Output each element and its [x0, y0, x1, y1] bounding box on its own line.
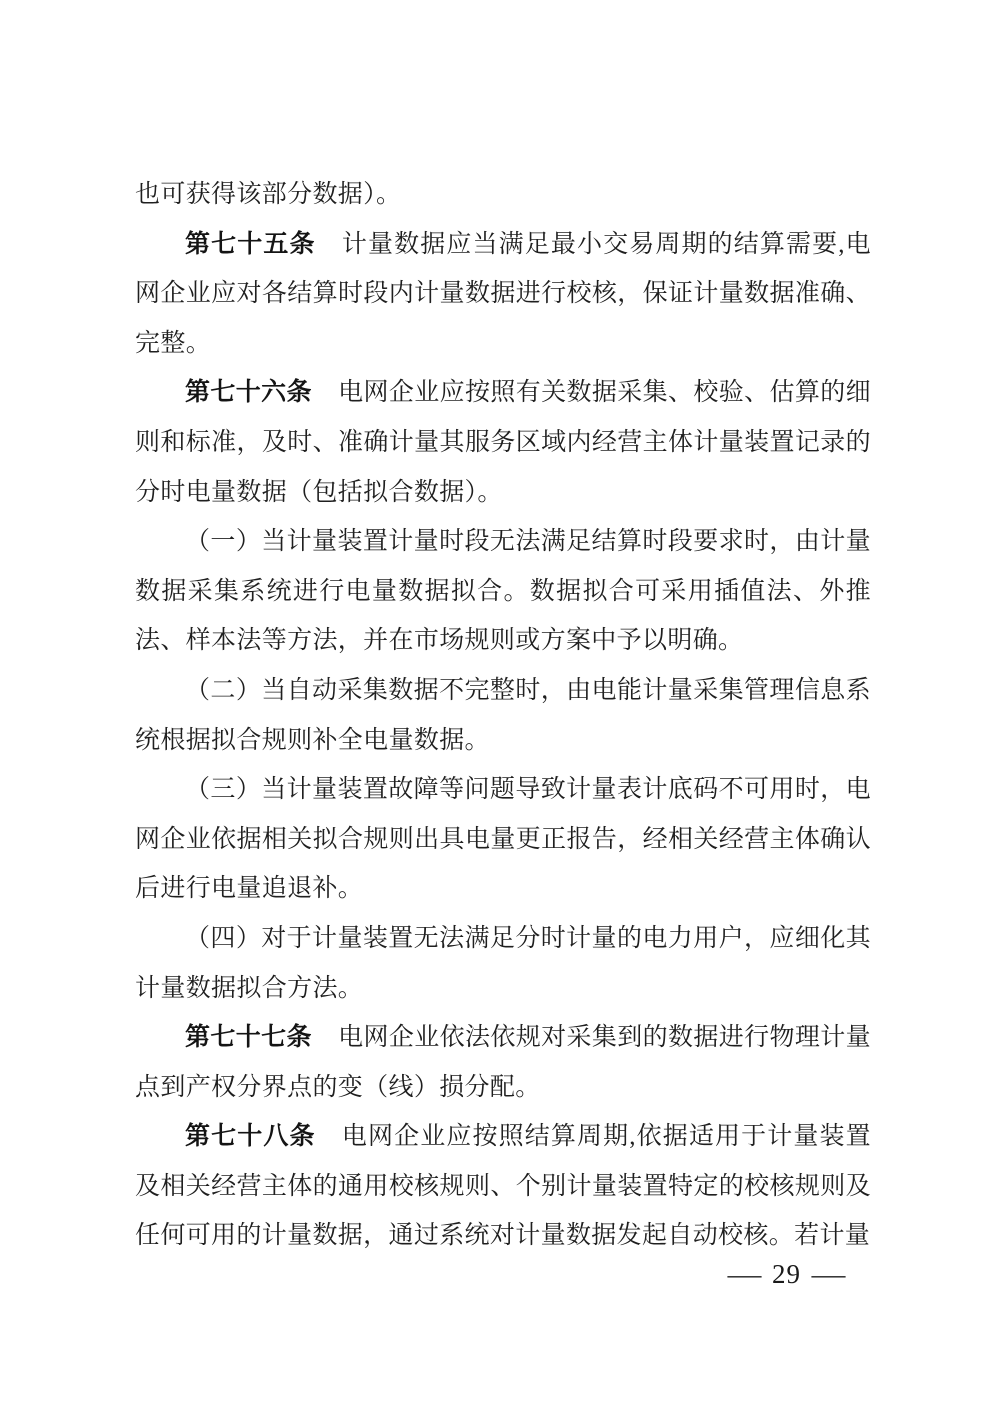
paragraph-article-75: 第七十五条计量数据应当满足最小交易周期的结算需要,电网企业应对各结算时段内计量数… [135, 220, 871, 369]
page-number: 29 [772, 1259, 801, 1289]
article-number: 第七十八条 [185, 1122, 316, 1150]
paragraph-text: 也可获得该部分数据）。 [135, 181, 401, 208]
article-number: 第七十五条 [185, 230, 316, 258]
page-number-footer: —29— [717, 1256, 856, 1292]
paragraph-continuation: 也可获得该部分数据）。 [135, 170, 871, 220]
paragraph-item-2: （二）当自动采集数据不完整时，由电能计量采集管理信息系统根据拟合规则补全电量数据… [135, 666, 871, 765]
paragraph-text: （一）当计量装置计量时段无法满足结算时段要求时，由计量数据采集系统进行电量数据拟… [135, 528, 871, 654]
paragraph-text: （四）对于计量装置无法满足分时计量的电力用户，应细化其计量数据拟合方法。 [135, 925, 871, 1002]
paragraph-item-1: （一）当计量装置计量时段无法满足结算时段要求时，由计量数据采集系统进行电量数据拟… [135, 517, 871, 666]
paragraph-text: （三）当计量装置故障等问题导致计量表计底码不可用时，电网企业依据相关拟合规则出具… [135, 776, 871, 902]
document-page: 也可获得该部分数据）。 第七十五条计量数据应当满足最小交易周期的结算需要,电网企… [0, 0, 1000, 1414]
paragraph-text: （二）当自动采集数据不完整时，由电能计量采集管理信息系统根据拟合规则补全电量数据… [135, 677, 871, 754]
paragraph-item-3: （三）当计量装置故障等问题导致计量表计底码不可用时，电网企业依据相关拟合规则出具… [135, 765, 871, 914]
paragraph-article-78: 第七十八条电网企业应按照结算周期,依据适用于计量装置及相关经营主体的通用校核规则… [135, 1112, 871, 1261]
paragraph-item-4: （四）对于计量装置无法满足分时计量的电力用户，应细化其计量数据拟合方法。 [135, 914, 871, 1013]
article-number: 第七十六条 [185, 378, 312, 406]
footer-dash-left: — [728, 1256, 762, 1292]
paragraph-article-77: 第七十七条电网企业依法依规对采集到的数据进行物理计量点到产权分界点的变（线）损分… [135, 1013, 871, 1112]
footer-dash-right: — [812, 1256, 846, 1292]
paragraph-article-76: 第七十六条电网企业应按照有关数据采集、校验、估算的细则和标准，及时、准确计量其服… [135, 368, 871, 517]
document-body: 也可获得该部分数据）。 第七十五条计量数据应当满足最小交易周期的结算需要,电网企… [135, 170, 871, 1261]
article-number: 第七十七条 [185, 1023, 312, 1051]
